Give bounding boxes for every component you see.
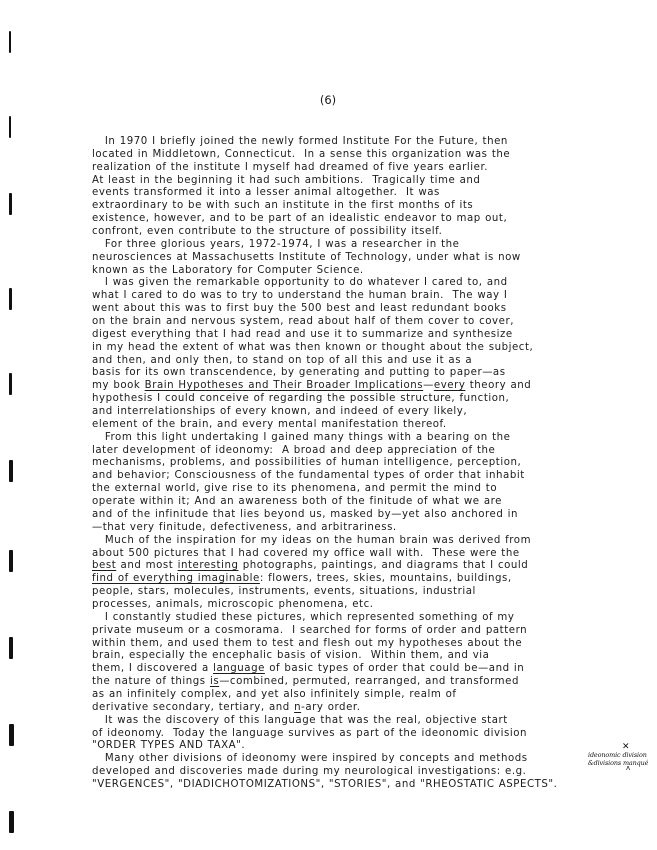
page-number: (6) bbox=[312, 93, 344, 107]
text-segment: events transformed it into a lesser anim… bbox=[92, 187, 440, 198]
text-line: and behavior; Consciousness of the funda… bbox=[92, 470, 592, 483]
text-segment: about 500 pictures that I had covered my… bbox=[92, 548, 520, 559]
text-segment: known as the Laboratory for Computer Sci… bbox=[92, 265, 364, 276]
text-segment: At least in the beginning it had such am… bbox=[92, 175, 480, 186]
underlined-text: best bbox=[92, 560, 116, 571]
text-segment: the nature of things bbox=[92, 676, 210, 687]
text-segment: It was the discovery of this language th… bbox=[92, 715, 508, 726]
text-segment: Much of the inspiration for my ideas on … bbox=[92, 535, 531, 546]
text-line: them, I discovered a language of basic t… bbox=[92, 663, 592, 676]
underlined-text: Brain Hypotheses and Their Broader Impli… bbox=[145, 380, 423, 391]
binder-hole-mark bbox=[9, 550, 13, 572]
text-line: realization of the institute I myself ha… bbox=[92, 162, 592, 175]
text-line: my book Brain Hypotheses and Their Broad… bbox=[92, 380, 592, 393]
text-segment: and interrelationships of every known, a… bbox=[92, 406, 467, 417]
text-segment: private museum or a cosmorama. I searche… bbox=[92, 625, 527, 636]
text-segment: basis for its own transcendence, by gene… bbox=[92, 367, 506, 378]
text-segment: brain, especially the encephalic basis o… bbox=[92, 650, 489, 661]
text-line: existence, however, and to be part of an… bbox=[92, 213, 592, 226]
text-line: In 1970 I briefly joined the newly forme… bbox=[92, 136, 592, 149]
text-line: "ORDER TYPES AND TAXA". bbox=[92, 740, 592, 753]
underlined-text: is bbox=[210, 676, 219, 687]
text-line: derivative secondary, tertiary, and n-ar… bbox=[92, 702, 592, 715]
text-segment: extraordinary to be with such an institu… bbox=[92, 200, 473, 211]
text-segment: -ary order. bbox=[301, 702, 360, 713]
text-segment: and most bbox=[116, 560, 177, 571]
text-segment: the external world, give rise to its phe… bbox=[92, 483, 497, 494]
underlined-text: interesting bbox=[178, 560, 239, 571]
document-page: (6) In 1970 I briefly joined the newly f… bbox=[0, 0, 657, 850]
x-mark-icon: ✕ bbox=[622, 743, 629, 751]
text-line: find of everything imaginable: flowers, … bbox=[92, 573, 592, 586]
text-line: "VERGENCES", "DIADICHOTOMIZATIONS", "STO… bbox=[92, 779, 592, 792]
text-line: From this light undertaking I gained man… bbox=[92, 432, 592, 445]
text-segment: in my head the extent of what was then k… bbox=[92, 342, 533, 353]
text-segment: —that very finitude, defectiveness, and … bbox=[92, 522, 397, 533]
text-segment: people, stars, molecules, instruments, e… bbox=[92, 586, 476, 597]
text-segment: of basic types of order that could be—an… bbox=[265, 663, 524, 674]
text-line: It was the discovery of this language th… bbox=[92, 715, 592, 728]
binder-hole-mark bbox=[9, 116, 11, 138]
text-line: Many other divisions of ideonomy were in… bbox=[92, 753, 592, 766]
text-line: later development of ideonomy: A broad a… bbox=[92, 445, 592, 458]
text-line: what I cared to do was to try to underst… bbox=[92, 290, 592, 303]
text-segment: photographs, paintings, and diagrams tha… bbox=[238, 560, 528, 571]
text-line: the nature of things is—combined, permut… bbox=[92, 676, 592, 689]
text-line: within them, and used them to test and f… bbox=[92, 638, 592, 651]
text-line: digest everything that I had read and us… bbox=[92, 329, 592, 342]
text-segment: neurosciences at Massachusetts Institute… bbox=[92, 252, 521, 263]
text-segment: developed and discoveries made during my… bbox=[92, 766, 526, 777]
text-line: of ideonomy. Today the language survives… bbox=[92, 728, 592, 741]
text-segment: I was given the remarkable opportunity t… bbox=[92, 277, 508, 288]
text-segment: processes, animals, microscopic phenomen… bbox=[92, 599, 374, 610]
text-segment: them, I discovered a bbox=[92, 663, 213, 674]
text-line: brain, especially the encephalic basis o… bbox=[92, 650, 592, 663]
text-line: element of the brain, and every mental m… bbox=[92, 419, 592, 432]
text-line: and then, and only then, to stand on top… bbox=[92, 355, 592, 368]
text-line: At least in the beginning it had such am… bbox=[92, 175, 592, 188]
text-segment: theory and bbox=[465, 380, 531, 391]
text-line: went about this was to first buy the 500… bbox=[92, 303, 592, 316]
text-segment: existence, however, and to be part of an… bbox=[92, 213, 507, 224]
text-line: about 500 pictures that I had covered my… bbox=[92, 548, 592, 561]
text-segment: and behavior; Consciousness of the funda… bbox=[92, 470, 525, 481]
text-segment: within them, and used them to test and f… bbox=[92, 638, 522, 649]
binder-hole-mark bbox=[9, 373, 12, 395]
text-segment: operate within it; And an awareness both… bbox=[92, 496, 502, 507]
text-line: events transformed it into a lesser anim… bbox=[92, 187, 592, 200]
text-segment: "ORDER TYPES AND TAXA". bbox=[92, 740, 245, 751]
binder-hole-mark bbox=[9, 637, 13, 659]
text-segment: confront, even contribute to the structu… bbox=[92, 226, 442, 237]
text-line: known as the Laboratory for Computer Sci… bbox=[92, 265, 592, 278]
text-line: the external world, give rise to its phe… bbox=[92, 483, 592, 496]
text-line: and of the infinitude that lies beyond u… bbox=[92, 509, 592, 522]
text-line: hypothesis I could conceive of regarding… bbox=[92, 393, 592, 406]
text-segment: what I cared to do was to try to underst… bbox=[92, 290, 507, 301]
binder-hole-mark bbox=[9, 460, 13, 482]
body-text: In 1970 I briefly joined the newly forme… bbox=[92, 136, 592, 792]
text-segment: —combined, permuted, rearranged, and tra… bbox=[219, 676, 519, 687]
text-segment: For three glorious years, 1972-1974, I w… bbox=[92, 239, 459, 250]
text-line: I constantly studied these pictures, whi… bbox=[92, 612, 592, 625]
text-segment: digest everything that I had read and us… bbox=[92, 329, 513, 340]
text-segment: and of the infinitude that lies beyond u… bbox=[92, 509, 518, 520]
text-segment: From this light undertaking I gained man… bbox=[92, 432, 510, 443]
text-line: extraordinary to be with such an institu… bbox=[92, 200, 592, 213]
text-line: best and most interesting photographs, p… bbox=[92, 560, 592, 573]
text-segment: located in Middletown, Connecticut. In a… bbox=[92, 149, 510, 160]
handwritten-note-line-1: ideonomic division bbox=[588, 751, 654, 759]
text-segment: mechanisms, problems, and possibilities … bbox=[92, 457, 521, 468]
text-segment: element of the brain, and every mental m… bbox=[92, 419, 447, 430]
text-line: on the brain and nervous system, read ab… bbox=[92, 316, 592, 329]
text-segment: Many other divisions of ideonomy were in… bbox=[92, 753, 528, 764]
text-segment: on the brain and nervous system, read ab… bbox=[92, 316, 514, 327]
underlined-text: find of everything imaginable bbox=[92, 573, 260, 584]
text-segment: went about this was to first buy the 500… bbox=[92, 303, 507, 314]
text-segment: of ideonomy. Today the language survives… bbox=[92, 728, 527, 739]
text-line: I was given the remarkable opportunity t… bbox=[92, 277, 592, 290]
text-line: processes, animals, microscopic phenomen… bbox=[92, 599, 592, 612]
text-segment: as an infinitely complex, and yet also i… bbox=[92, 689, 457, 700]
text-line: basis for its own transcendence, by gene… bbox=[92, 367, 592, 380]
binder-hole-mark bbox=[9, 724, 14, 746]
text-segment: and then, and only then, to stand on top… bbox=[92, 355, 472, 366]
text-segment: "VERGENCES", "DIADICHOTOMIZATIONS", "STO… bbox=[92, 779, 557, 790]
text-line: private museum or a cosmorama. I searche… bbox=[92, 625, 592, 638]
text-line: Much of the inspiration for my ideas on … bbox=[92, 535, 592, 548]
text-line: in my head the extent of what was then k… bbox=[92, 342, 592, 355]
binder-hole-mark bbox=[9, 288, 12, 310]
handwritten-margin-note: ✕ ideonomic division &divisions manqué ʌ bbox=[588, 751, 654, 767]
underlined-text: language bbox=[213, 663, 265, 674]
text-segment: realization of the institute I myself ha… bbox=[92, 162, 488, 173]
binder-hole-mark bbox=[9, 811, 14, 833]
underlined-text: every bbox=[434, 380, 466, 391]
text-segment: : flowers, trees, skies, mountains, buil… bbox=[260, 573, 512, 584]
caret-mark-icon: ʌ bbox=[626, 764, 630, 772]
text-line: For three glorious years, 1972-1974, I w… bbox=[92, 239, 592, 252]
binder-hole-mark bbox=[9, 193, 12, 215]
text-segment: derivative secondary, tertiary, and bbox=[92, 702, 294, 713]
text-line: people, stars, molecules, instruments, e… bbox=[92, 586, 592, 599]
text-line: as an infinitely complex, and yet also i… bbox=[92, 689, 592, 702]
text-line: neurosciences at Massachusetts Institute… bbox=[92, 252, 592, 265]
text-line: mechanisms, problems, and possibilities … bbox=[92, 457, 592, 470]
text-segment: hypothesis I could conceive of regarding… bbox=[92, 393, 509, 404]
text-line: located in Middletown, Connecticut. In a… bbox=[92, 149, 592, 162]
text-line: and interrelationships of every known, a… bbox=[92, 406, 592, 419]
text-line: —that very finitude, defectiveness, and … bbox=[92, 522, 592, 535]
text-segment: — bbox=[423, 380, 434, 391]
text-segment: later development of ideonomy: A broad a… bbox=[92, 445, 495, 456]
text-segment: In 1970 I briefly joined the newly forme… bbox=[92, 136, 508, 147]
handwritten-note-line-2: &divisions manqué bbox=[588, 759, 654, 767]
binder-hole-mark bbox=[9, 31, 11, 53]
text-line: confront, even contribute to the structu… bbox=[92, 226, 592, 239]
text-line: developed and discoveries made during my… bbox=[92, 766, 592, 779]
text-segment: my book bbox=[92, 380, 145, 391]
text-segment: I constantly studied these pictures, whi… bbox=[92, 612, 514, 623]
text-line: operate within it; And an awareness both… bbox=[92, 496, 592, 509]
